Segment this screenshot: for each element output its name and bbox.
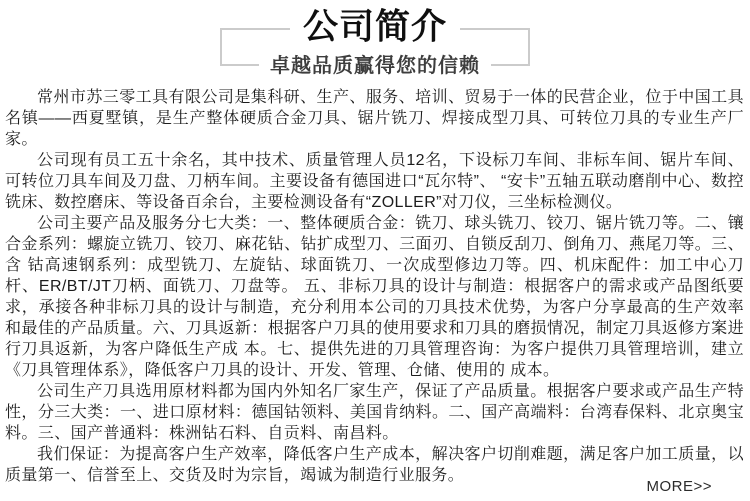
paragraph-guarantee: 我们保证：为提高客户生产效率，降低客户生产成本，解决客户切削难题，满足客户加工质… (5, 444, 744, 486)
page-subtitle: 卓越品质赢得您的信赖 (259, 55, 491, 77)
paragraph-raw-materials: 公司生产刀具选用原材料都为国内外知名厂家生产，保证了产品质量。根据客户要求或产品… (5, 381, 744, 444)
company-description: 常州市苏三零工具有限公司是集科研、生产、服务、培训、贸易于一体的民营企业，位于中… (0, 87, 750, 486)
more-link[interactable]: MORE>> (638, 478, 712, 495)
paragraph-products-services: 公司主要产品及服务分七大类：一、整体硬质合金：铣刀、球头铣刀、铰刀、锯片铣刀等。… (5, 213, 744, 381)
paragraph-overview: 常州市苏三零工具有限公司是集科研、生产、服务、培训、贸易于一体的民营企业，位于中… (5, 87, 744, 150)
title-decoration-frame: 公司简介 卓越品质赢得您的信赖 (220, 28, 530, 66)
company-intro-page: 公司简介 卓越品质赢得您的信赖 常州市苏三零工具有限公司是集科研、生产、服务、培… (0, 0, 750, 501)
paragraph-staff-equipment: 公司现有员工五十余名，其中技术、质量管理人员12名，下设标刀车间、非标车间、锯片… (5, 150, 744, 213)
page-title: 公司简介 (290, 10, 460, 47)
